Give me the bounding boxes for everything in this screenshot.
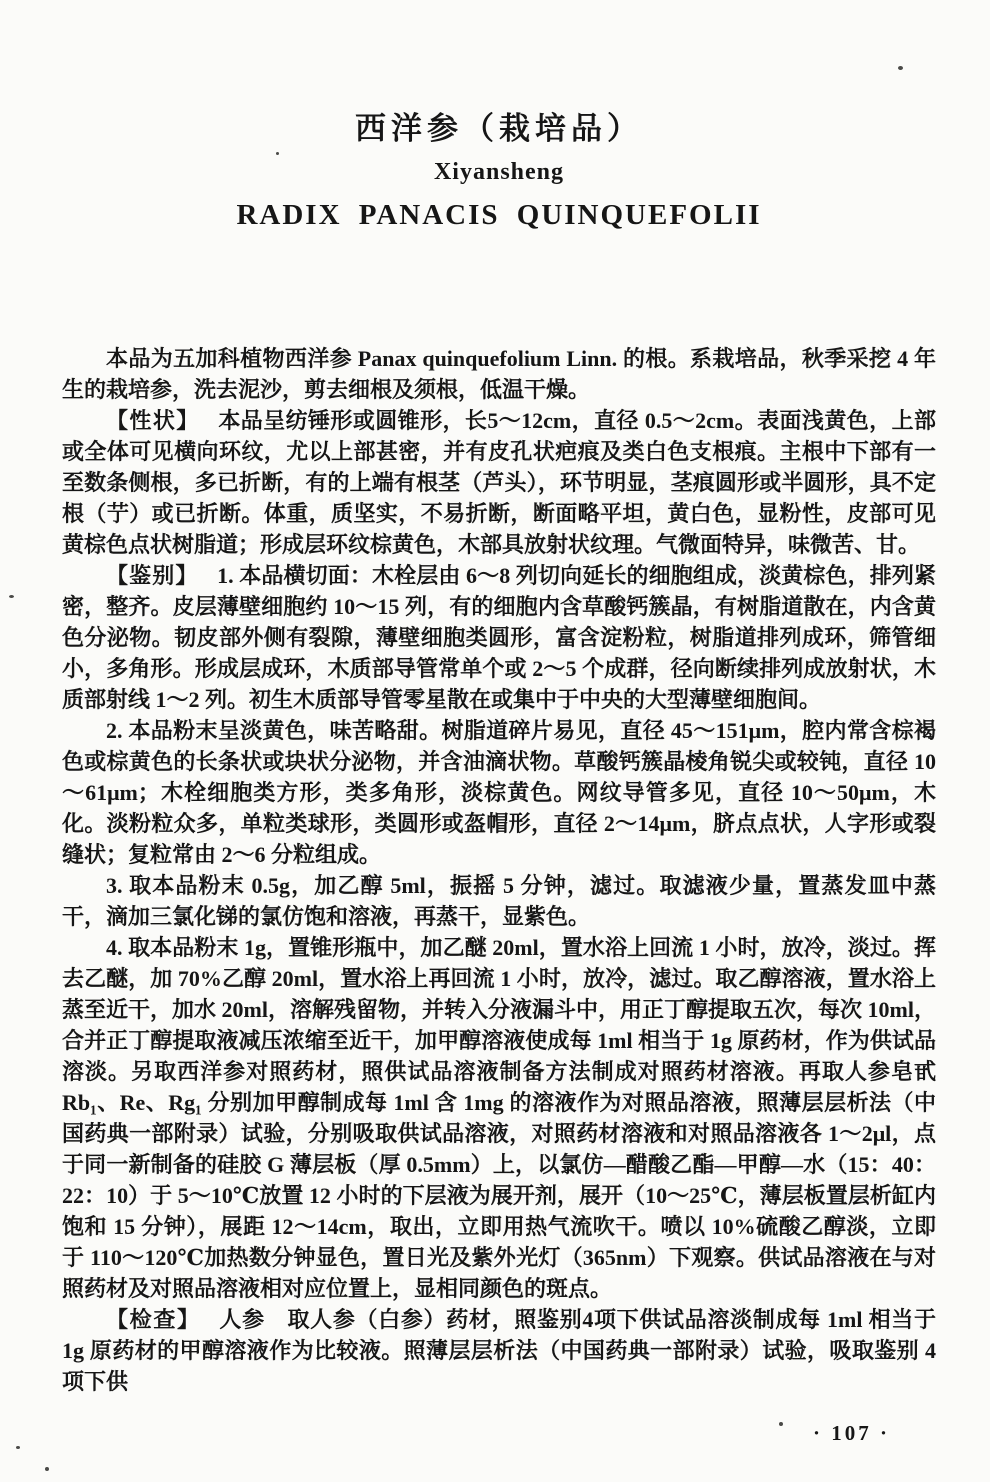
paragraph-identification-2: 2. 本品粉末呈淡黄色，味苦略甜。树脂道碎片易见，直径 45～151μm，腔内常…	[62, 715, 936, 870]
paragraph-text: 2. 本品粉末呈淡黄色，味苦略甜。树脂道碎片易见，直径 45～151μm，腔内常…	[62, 718, 936, 867]
section-label-jiancha: 【检查】	[106, 1307, 201, 1332]
paragraph-identification-3: 3. 取本品粉末 0.5g，加乙醇 5ml，振摇 5 分钟，滤过。取滤液少量，置…	[62, 870, 936, 932]
scan-speck	[276, 152, 279, 155]
scan-speck	[898, 66, 903, 70]
paragraph-description: 【性状】本品呈纺锤形或圆锥形，长5～12cm，直径 0.5～2cm。表面浅黄色，…	[62, 405, 936, 560]
section-label-jianbie: 【鉴别】	[106, 563, 198, 588]
paragraph-identification-1: 【鉴别】1. 本品横切面：木栓层由 6～8 列切向延长的细胞组成，淡黄棕色，排列…	[62, 560, 936, 715]
monograph-title-pinyin: Xiyansheng	[62, 158, 936, 186]
page-number: · 107 ·	[62, 1421, 936, 1446]
monograph-title-latin: RADIX PANACIS QUINQUEFOLII	[62, 199, 936, 231]
scan-speck	[779, 1422, 783, 1426]
paragraph-text: 4. 取本品粉末 1g，置锥形瓶中，加乙醚 20ml，置水浴上回流 1 小时，放…	[62, 935, 936, 1301]
paragraph-source: 本品为五加科植物西洋参 Panax quinquefolium Linn. 的根…	[62, 343, 936, 405]
monograph-title-chinese: 西洋参（栽培品）	[62, 0, 936, 147]
scan-speck	[45, 1467, 49, 1471]
paragraph-text: 本品为五加科植物西洋参 Panax quinquefolium Linn. 的根…	[62, 346, 936, 402]
section-label-xingzhuang: 【性状】	[106, 408, 200, 433]
scan-speck	[16, 1446, 20, 1449]
pharmacopoeia-monograph-page: 西洋参（栽培品） Xiyansheng RADIX PANACIS QUINQU…	[0, 0, 990, 1482]
paragraph-identification-4: 4. 取本品粉末 1g，置锥形瓶中，加乙醚 20ml，置水浴上回流 1 小时，放…	[62, 932, 936, 1304]
scan-speck	[9, 595, 14, 598]
paragraph-examination: 【检查】人参 取人参（白参）药材，照鉴别4项下供试品溶淡制成每 1ml 相当于 …	[62, 1304, 936, 1397]
paragraph-text: 3. 取本品粉末 0.5g，加乙醇 5ml，振摇 5 分钟，滤过。取滤液少量，置…	[62, 873, 936, 929]
monograph-body: 本品为五加科植物西洋参 Panax quinquefolium Linn. 的根…	[62, 343, 936, 1397]
